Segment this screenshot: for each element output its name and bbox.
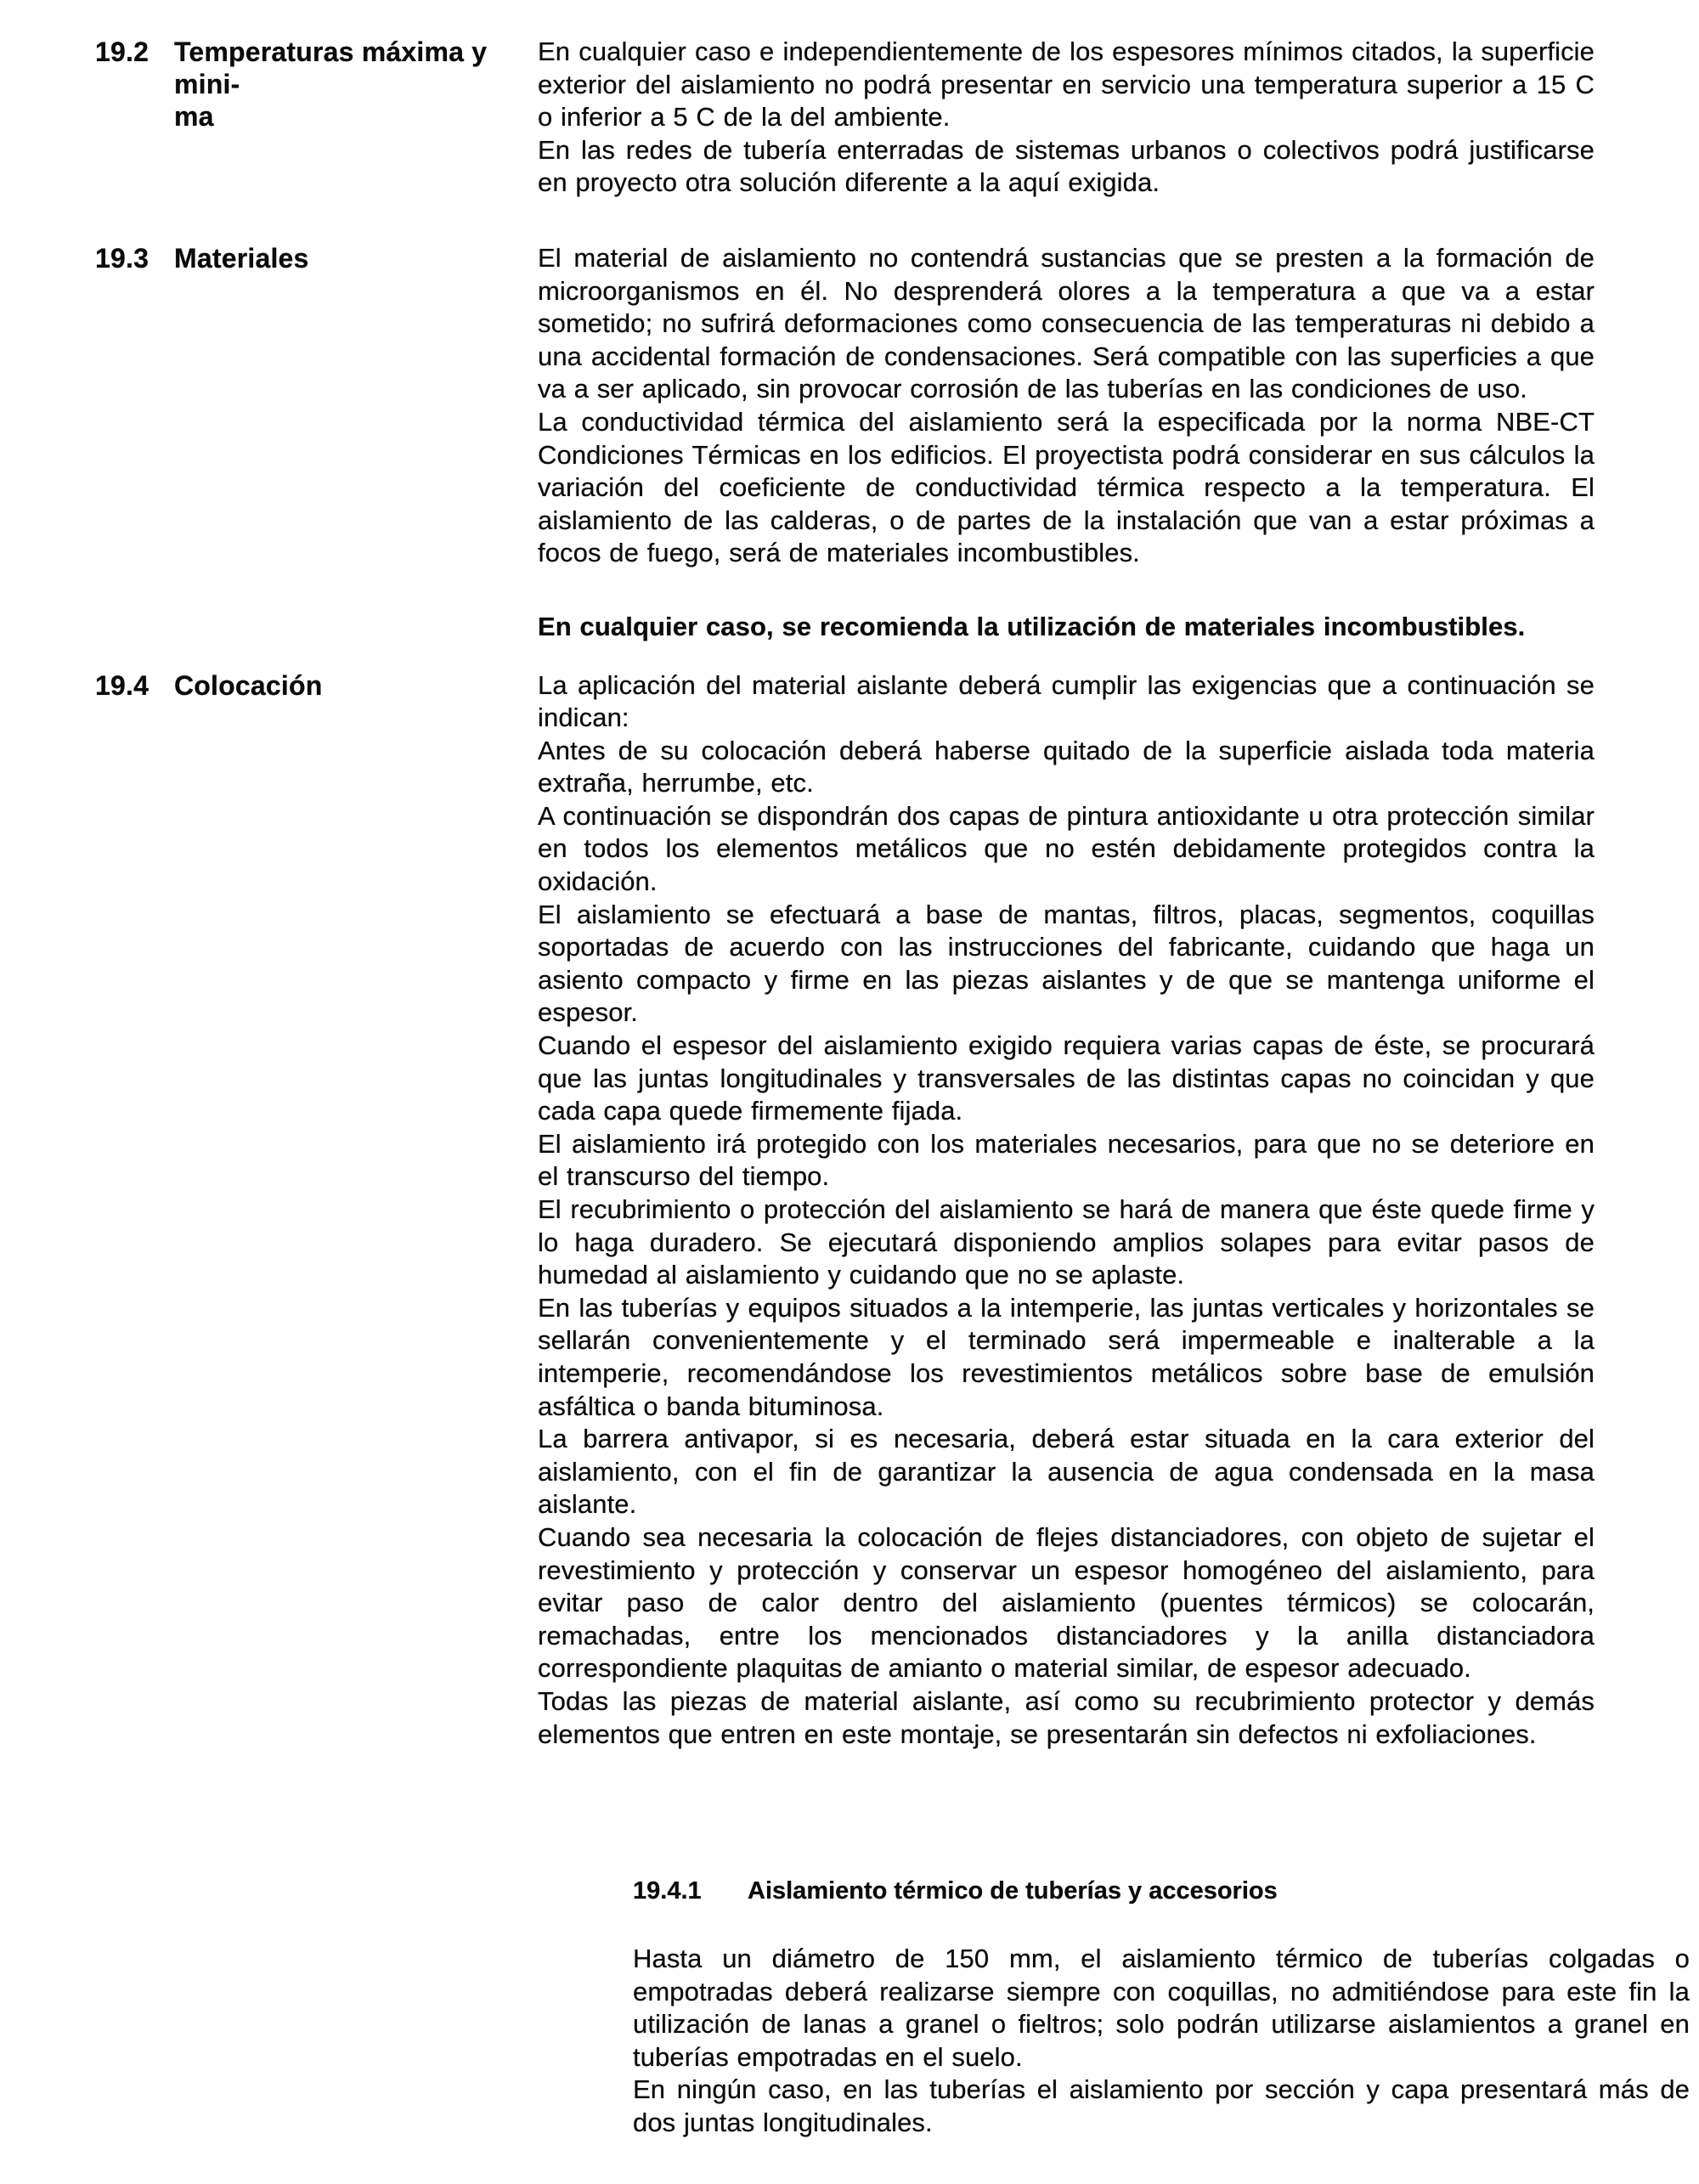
section-19-3: 19.3 Materiales El material de aislamien… [0,242,1684,644]
paragraph: Hasta un diámetro de 150 mm, el aislamie… [633,1943,1690,2074]
section-19-3-body: El material de aislamiento no contendrá … [538,242,1595,644]
section-19-4-body: La aplicación del material aislante debe… [538,669,1595,1752]
section-19-2-label: 19.2 Temperaturas máxima y mini- ma [0,36,538,133]
section-title: Colocación [174,669,322,702]
paragraph: El aislamiento irá protegido con los mat… [538,1128,1595,1194]
paragraph: El recubrimiento o protección del aislam… [538,1194,1595,1292]
section-19-4-heading: 19.4 Colocación [95,669,538,702]
section-19-3-label: 19.3 Materiales [0,242,538,274]
paragraph: En cualquier caso e independientemente d… [538,36,1595,134]
paragraph: El aislamiento se efectuará a base de ma… [538,899,1595,1030]
section-title: Temperaturas máxima y mini- ma [174,36,538,133]
paragraph: A continuación se dispondrán dos capas d… [538,800,1595,899]
paragraph: El material de aislamiento no contendrá … [538,242,1595,406]
section-19-4-label: 19.4 Colocación [0,669,538,702]
section-19-2: 19.2 Temperaturas máxima y mini- ma En c… [0,36,1684,200]
section-number: 19.3 [95,242,174,274]
subsection-number: 19.4.1 [633,1876,748,1905]
paragraph: En las tuberías y equipos situados a la … [538,1292,1595,1423]
paragraph: En las redes de tubería enterradas de si… [538,134,1595,200]
subsection-19-4-1-body: Hasta un diámetro de 150 mm, el aislamie… [633,1943,1690,2140]
section-19-4: 19.4 Colocación La aplicación del materi… [0,669,1684,1752]
paragraph: La aplicación del material aislante debe… [538,669,1595,735]
paragraph: Cuando el espesor del aislamiento exigid… [538,1030,1595,1128]
subsection-19-4-1-heading: 19.4.1 Aislamiento térmico de tuberías y… [633,1876,1684,1905]
section-title: Materiales [174,242,309,274]
paragraph: En ningún caso, en las tuberías el aisla… [633,2074,1690,2139]
section-19-2-body: En cualquier caso e independientemente d… [538,36,1595,200]
section-number: 19.2 [95,36,174,133]
subsection-title: Aislamiento térmico de tuberías y acceso… [748,1876,1278,1905]
paragraph: Cuando sea necesaria la colocación de fl… [538,1521,1595,1685]
paragraph: Antes de su colocación deberá haberse qu… [538,735,1595,800]
paragraph: Todas las piezas de material aislante, a… [538,1685,1595,1751]
paragraph: La conductividad térmica del aislamiento… [538,406,1595,570]
paragraph: La barrera antivapor, si es necesaria, d… [538,1423,1595,1521]
section-19-3-heading: 19.3 Materiales [95,242,538,274]
scanned-document-page: 19.2 Temperaturas máxima y mini- ma En c… [0,0,1699,2184]
section-number: 19.4 [95,669,174,702]
highlight-paragraph: En cualquier caso, se recomienda la util… [538,611,1595,644]
section-19-2-heading: 19.2 Temperaturas máxima y mini- ma [95,36,538,133]
